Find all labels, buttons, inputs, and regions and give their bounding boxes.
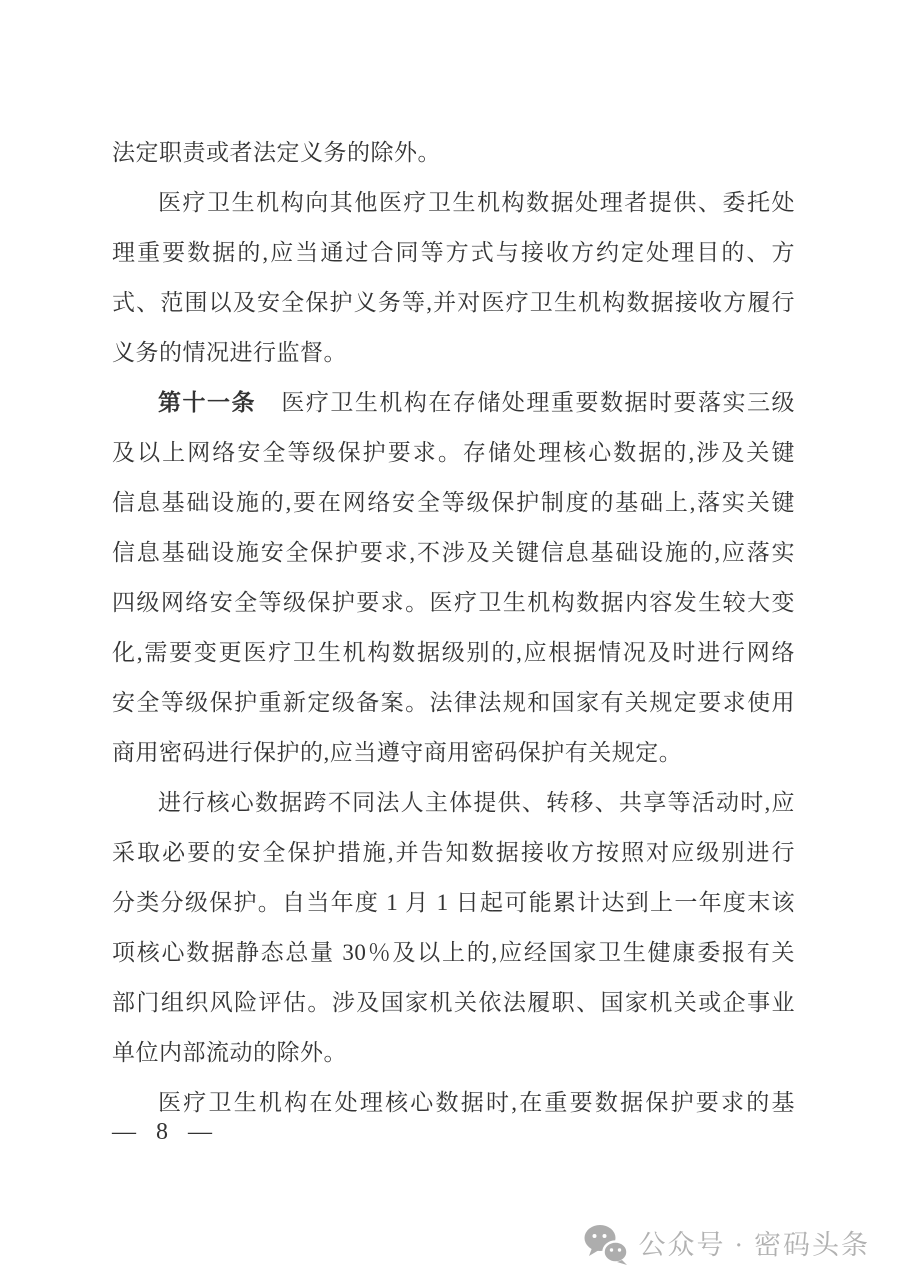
watermark: 公众号 · 密码头条 [583,1224,871,1266]
wechat-icon [583,1224,629,1266]
text-line: 医疗卫生机构在处理核心数据时,在重要数据保护要求的基 [112,1078,795,1128]
page-number: — 8 — [112,1112,212,1152]
text-line: 第十一条医疗卫生机构在存储处理重要数据时要落实三级 [112,378,795,428]
text-line: 四级网络安全等级保护要求。医疗卫生机构数据内容发生较大变 [112,578,795,628]
watermark-text: 公众号 · 密码头条 [639,1224,871,1266]
text-line: 单位内部流动的除外。 [112,1028,795,1078]
text-line: 进行核心数据跨不同法人主体提供、转移、共享等活动时,应 [112,778,795,828]
text-line: 商用密码进行保护的,应当遵守商用密码保护有关规定。 [112,728,795,778]
text-line: 式、范围以及安全保护义务等,并对医疗卫生机构数据接收方履行 [112,278,795,328]
text-line: 部门组织风险评估。涉及国家机关依法履职、国家机关或企事业 [112,978,795,1028]
text-line: 项核心数据静态总量 30％及以上的,应经国家卫生健康委报有关 [112,928,795,978]
document-body: 法定职责或者法定义务的除外。医疗卫生机构向其他医疗卫生机构数据处理者提供、委托处… [112,128,795,1128]
text-line: 信息基础设施安全保护要求,不涉及关键信息基础设施的,应落实 [112,528,795,578]
text-line: 理重要数据的,应当通过合同等方式与接收方约定处理目的、方 [112,228,795,278]
text-line: 法定职责或者法定义务的除外。 [112,128,795,178]
text-line: 医疗卫生机构向其他医疗卫生机构数据处理者提供、委托处 [112,178,795,228]
text-line: 分类分级保护。自当年度 1 月 1 日起可能累计达到上一年度末该 [112,878,795,928]
article-number: 第十一条 [158,390,256,415]
text-line: 采取必要的安全保护措施,并告知数据接收方按照对应级别进行 [112,828,795,878]
text-line: 化,需要变更医疗卫生机构数据级别的,应根据情况及时进行网络 [112,628,795,678]
text-line: 义务的情况进行监督。 [112,328,795,378]
text-line: 安全等级保护重新定级备案。法律法规和国家有关规定要求使用 [112,678,795,728]
text-line: 及以上网络安全等级保护要求。存储处理核心数据的,涉及关键 [112,428,795,478]
text-line: 信息基础设施的,要在网络安全等级保护制度的基础上,落实关键 [112,478,795,528]
document-page: 法定职责或者法定义务的除外。医疗卫生机构向其他医疗卫生机构数据处理者提供、委托处… [0,0,906,1280]
